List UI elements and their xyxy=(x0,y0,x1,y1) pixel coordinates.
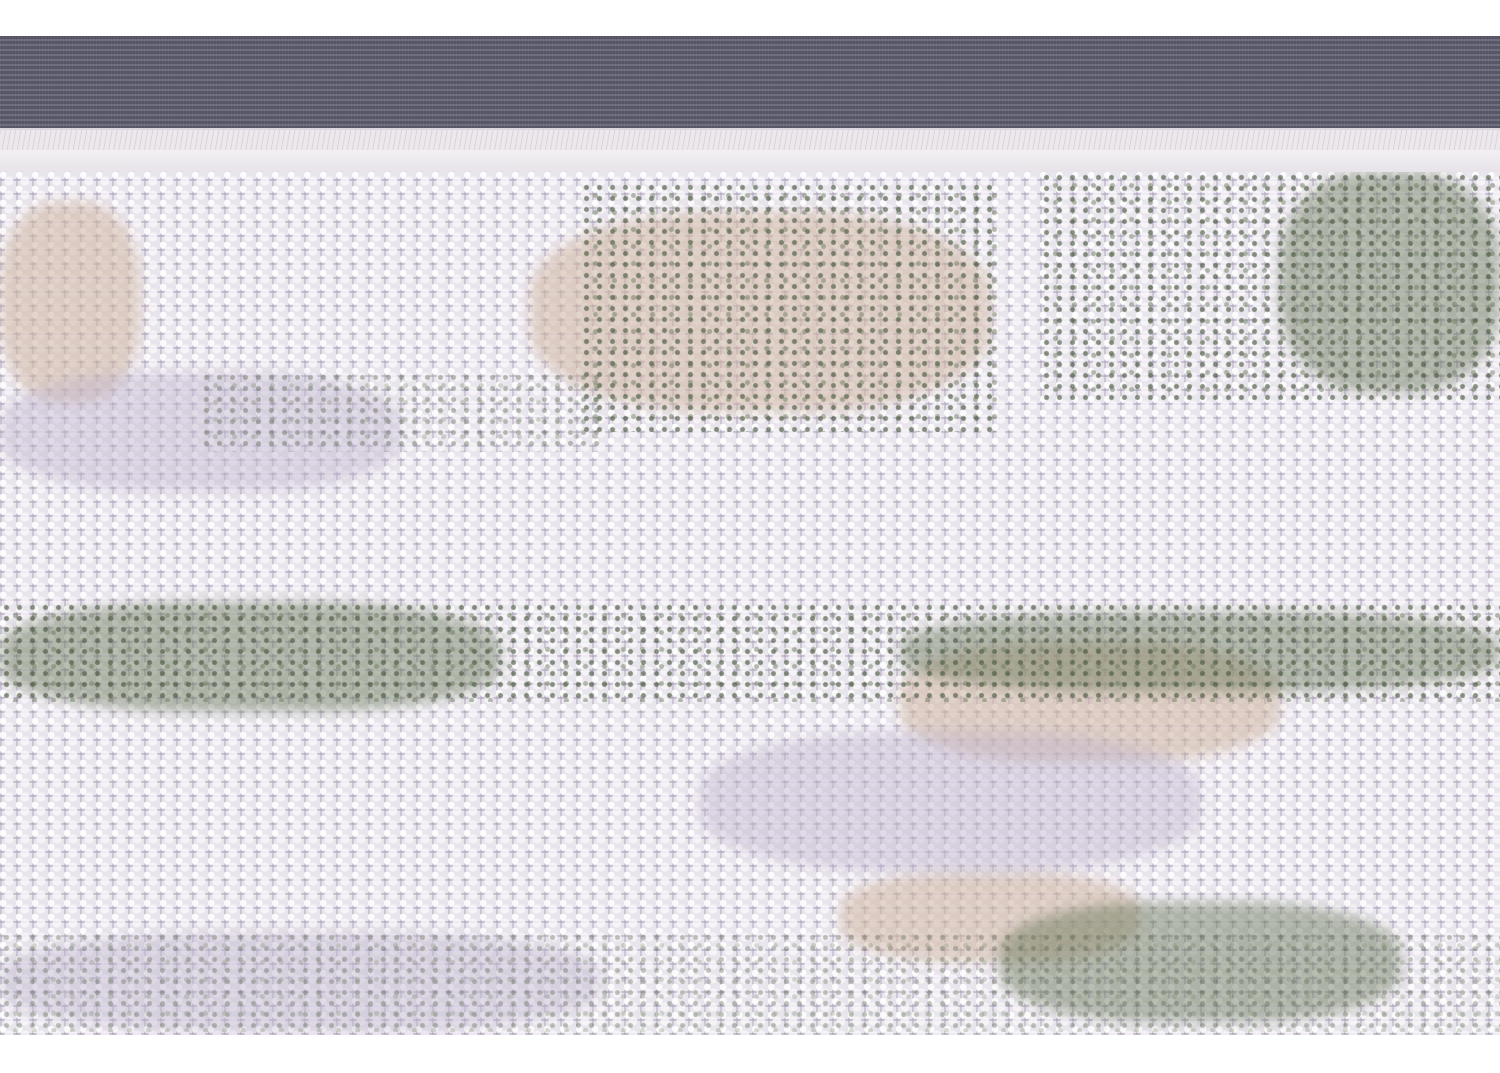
distress-speckles xyxy=(1040,172,1500,402)
fabric-backdrop xyxy=(0,36,1500,136)
rug-binding-edge xyxy=(0,150,1500,174)
distress-speckles xyxy=(0,932,1500,1032)
lavender-patch xyxy=(700,732,1200,872)
distress-speckles xyxy=(580,182,1000,432)
distress-speckles xyxy=(200,372,600,452)
distress-speckles xyxy=(0,602,1500,702)
beige-patch xyxy=(0,202,140,402)
rug-fringe xyxy=(0,128,1500,152)
rug-photo xyxy=(0,0,1500,1073)
rug-field xyxy=(0,172,1500,1035)
